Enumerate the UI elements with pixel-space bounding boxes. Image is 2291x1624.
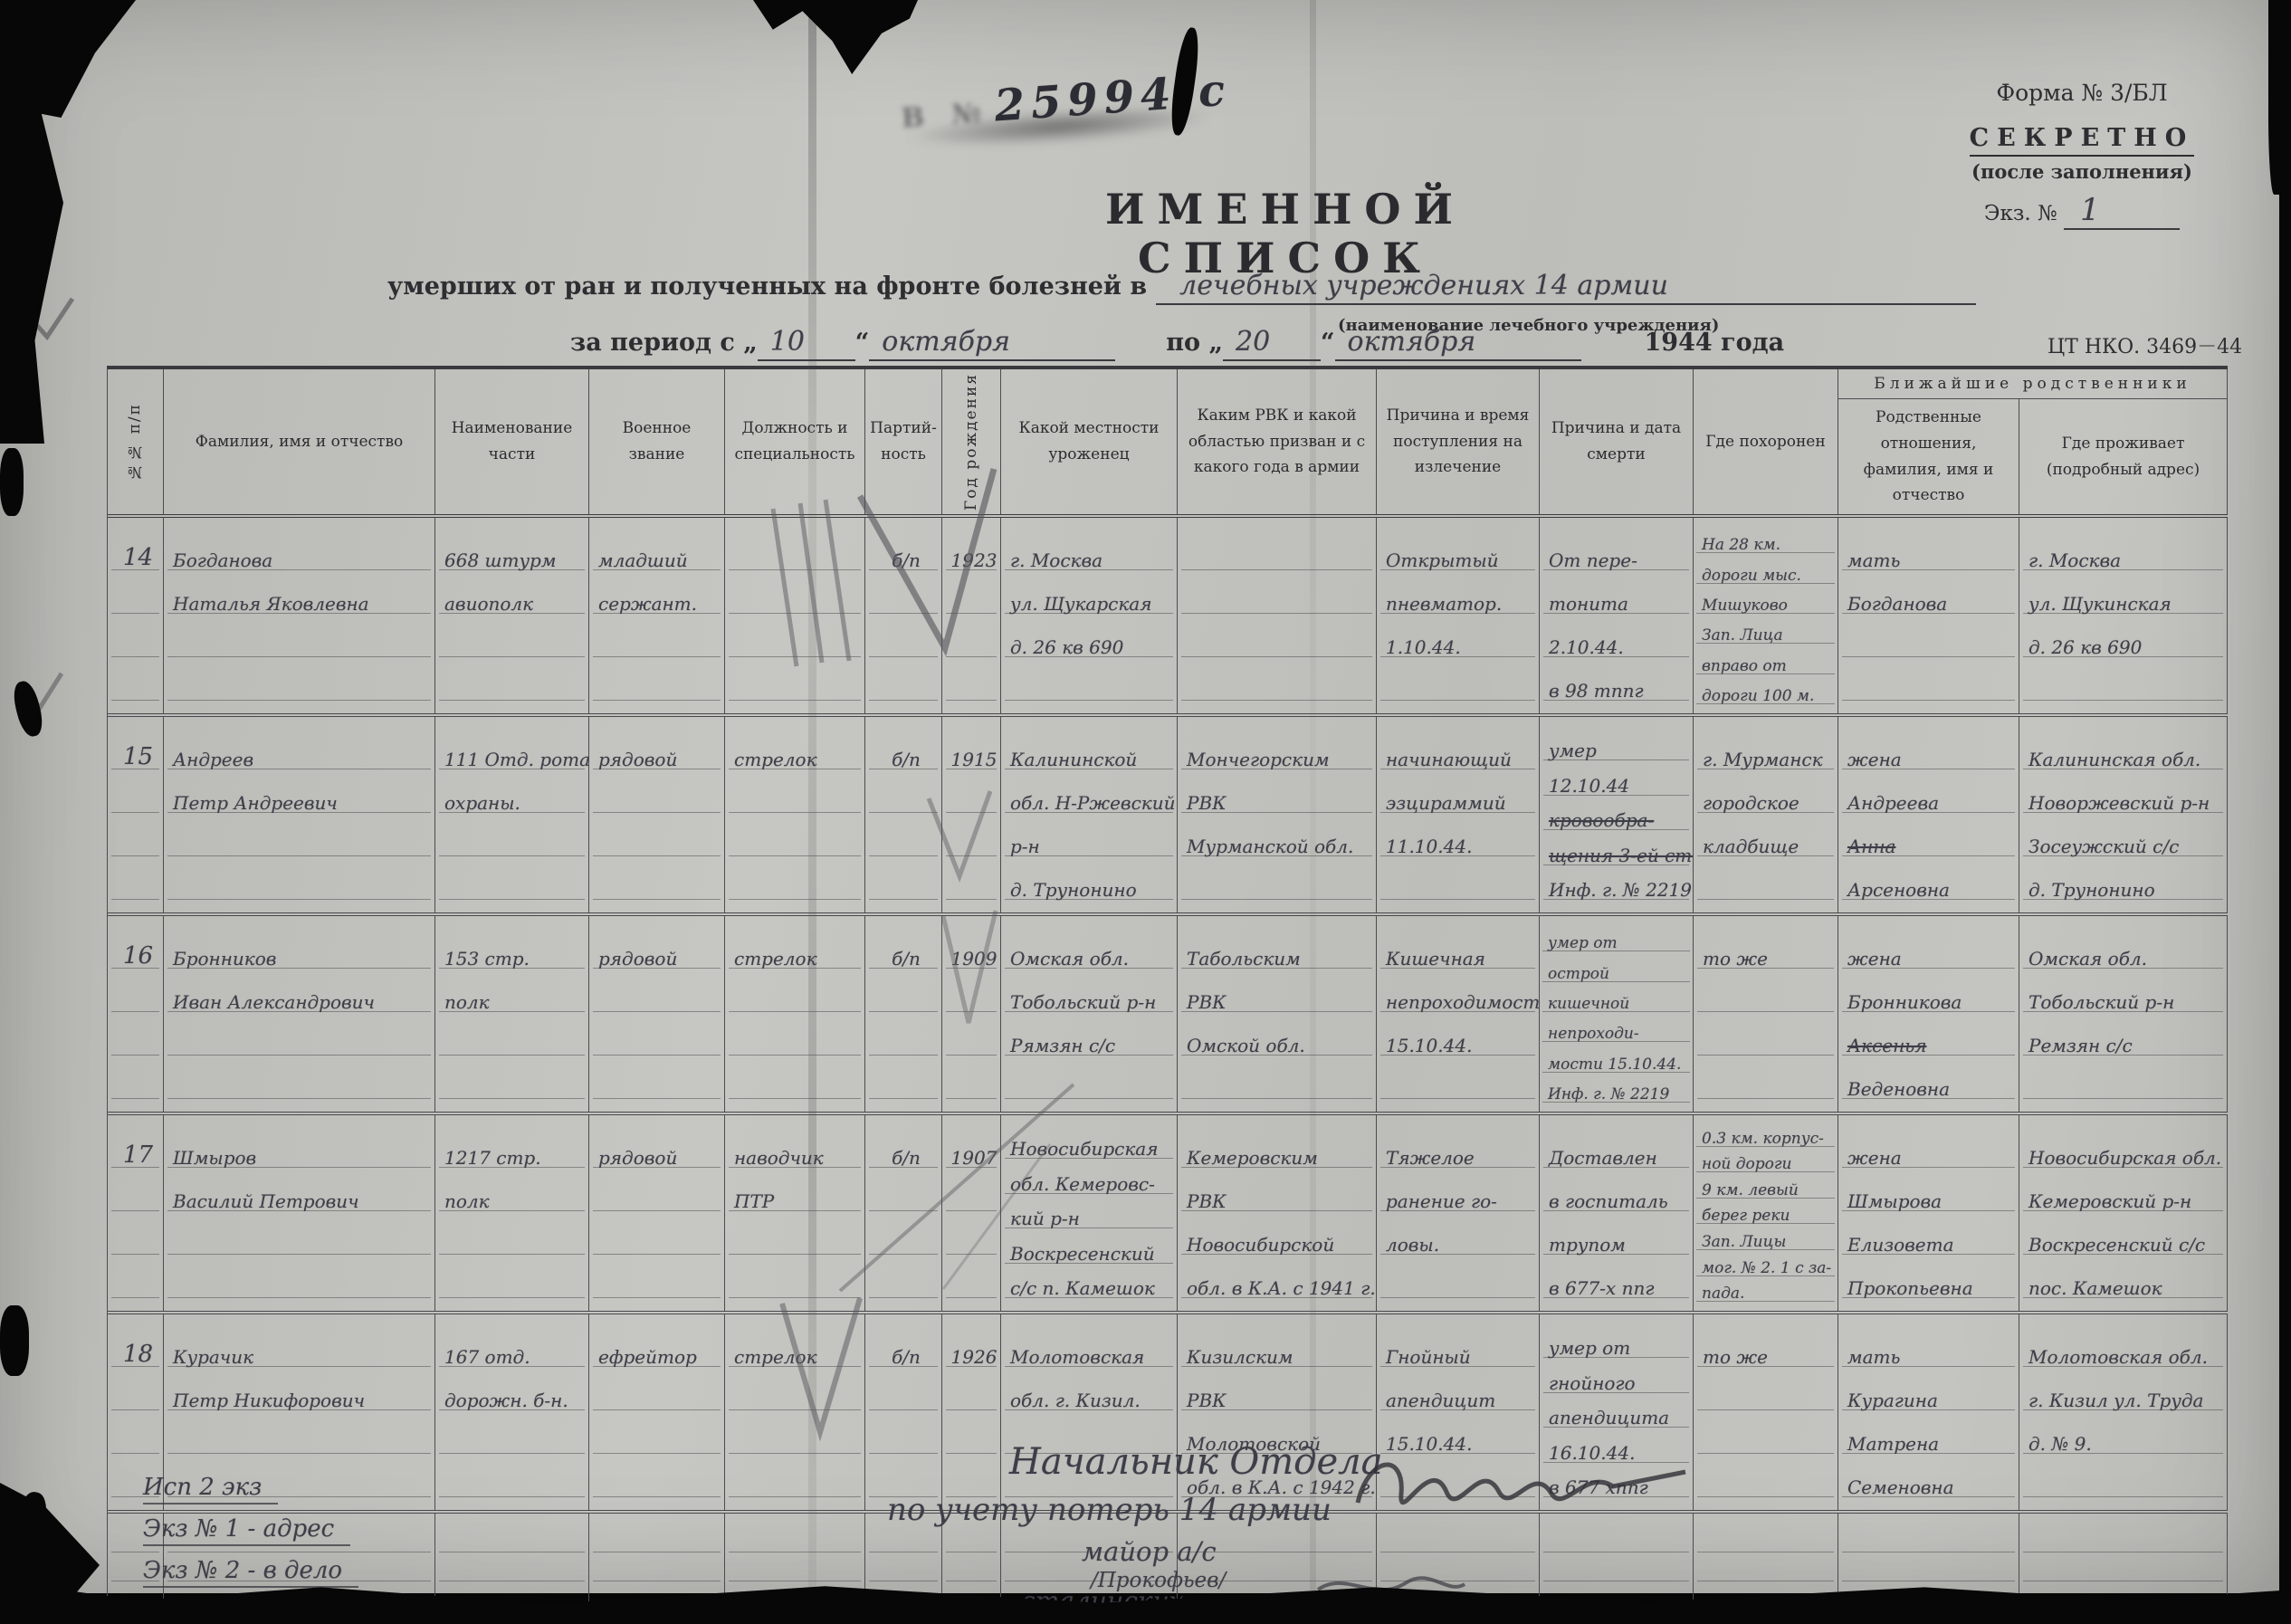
ruled-line: Табольским <box>1181 925 1372 969</box>
handwritten-entry: непроходимость <box>1380 991 1540 1013</box>
ruled-line: кладбище <box>1697 813 1834 856</box>
handwritten-entry: жена <box>1842 1147 1902 1169</box>
form-code: ЦТ НКО. 3469－44 <box>2048 331 2242 359</box>
ruled-line <box>167 1255 431 1298</box>
handwritten-entry: Омской обл. <box>1181 1035 1305 1056</box>
ruled-line: Петр Никифорович <box>167 1367 431 1410</box>
ruled-line <box>593 813 721 856</box>
ruled-line <box>593 969 721 1012</box>
handwritten-entry: сержант. <box>593 593 697 615</box>
handwritten-entry: 15.10.44. <box>1380 1035 1472 1056</box>
ruled-line <box>729 1552 861 1582</box>
ruled-line: Наталья Яковлевна <box>167 570 431 614</box>
ruled-line <box>167 1012 431 1056</box>
table-row: 15АндреевПетр Андреевич111 Отд. ротаохра… <box>108 717 2228 916</box>
subtitle-printed: умерших от ран и полученных на фронте бо… <box>387 272 1147 301</box>
ruled-line: кий р-н <box>1005 1194 1173 1228</box>
cell-buried: 0.3 км. корпус-ной дороги9 км. левыйбере… <box>1694 1115 1838 1311</box>
handwritten-entry: гнойного <box>1543 1372 1636 1394</box>
ruled-line: Шмырова <box>1842 1168 2015 1211</box>
column-header: Фамилия, имя и отчество <box>164 369 435 514</box>
ruled-line <box>439 657 585 701</box>
ruled-line <box>1697 969 1834 1012</box>
ruled-line: 1909 <box>946 925 997 969</box>
handwritten-entry: дороги 100 м. <box>1696 687 1814 705</box>
ruled-line <box>946 1056 997 1099</box>
handwritten-entry: авиополк <box>439 593 533 615</box>
ruled-line <box>869 1012 938 1056</box>
ruled-line: Инф. г. № 2219 <box>1543 865 1689 900</box>
handwritten-entry: Семеновна <box>1842 1476 1954 1498</box>
handwritten-entry: в 677 хппг <box>1543 1476 1648 1498</box>
ruled-line: жена <box>1842 1124 2015 1168</box>
handwritten-entry: г. Москва <box>1005 549 1103 571</box>
column-header: Должность и специальность <box>725 369 865 514</box>
handwritten-entry: Курагина <box>1842 1390 1938 1411</box>
ruled-line <box>869 769 938 813</box>
ruled-line: Шмыров <box>167 1124 431 1168</box>
handwritten-entry: стрелок <box>729 1346 817 1368</box>
scan-edge <box>2268 0 2283 195</box>
ruled-line <box>869 969 938 1012</box>
secret-note: (после заполнения) <box>1919 160 2245 183</box>
ruled-line <box>729 1523 861 1552</box>
ruled-line <box>167 1410 431 1454</box>
ruled-line <box>167 856 431 900</box>
ruled-line: непроходи- <box>1542 1012 1690 1042</box>
ruled-line: в 98 тппг <box>1543 657 1689 701</box>
handwritten-entry: Иван Александрович <box>167 991 375 1013</box>
ruled-line: 16 <box>111 925 159 969</box>
ruled-line: ул. Щукинская <box>2023 570 2223 614</box>
ruled-line: берег реки <box>1696 1199 1835 1225</box>
ruled-line: мог. № 2. 1 с за- <box>1696 1250 1835 1276</box>
ruled-line: Кемеровским <box>1181 1124 1372 1168</box>
handwritten-entry: Кемеровским <box>1181 1147 1318 1169</box>
cell-name: БогдановаНаталья Яковлевна <box>164 518 435 713</box>
handwritten-entry: д. № 9. <box>2023 1433 2092 1455</box>
handwritten-entry: Богданова <box>167 549 272 571</box>
ruled-line: р-н <box>1005 813 1173 856</box>
handwritten-entry: пада. <box>1696 1285 1744 1303</box>
handwritten-entry: кий р-н <box>1005 1208 1080 1229</box>
ruled-line: Доставлен <box>1543 1124 1689 1168</box>
handwritten-entry: Калининская обл. <box>2023 749 2200 770</box>
cell-admission: Кишечнаянепроходимость15.10.44. <box>1377 916 1540 1112</box>
ruled-line <box>439 1523 585 1552</box>
copy-label: Экз. № <box>1984 202 2057 225</box>
handwritten-entry: в госпиталь <box>1543 1190 1668 1212</box>
cell-buried: г. Мурманскгородскоекладбище <box>1694 717 1838 912</box>
handwritten-entry: 18 <box>118 1341 153 1368</box>
table-header-row: №№ п/пФамилия, имя и отчествоНаименовани… <box>108 369 2228 518</box>
ruled-line: кровообра- <box>1543 796 1689 830</box>
ruled-line: От пере- <box>1543 527 1689 570</box>
handwritten-entry: 16.10.44. <box>1543 1442 1635 1464</box>
ruled-line: Петр Андреевич <box>167 769 431 813</box>
ruled-line <box>946 769 997 813</box>
ruled-line <box>111 856 159 900</box>
copy-number-value: 1 <box>2064 192 2180 230</box>
cell-unit: 153 стр.полк <box>435 916 589 1112</box>
ruled-line <box>729 1056 861 1099</box>
ruled-line <box>111 570 159 614</box>
form-header-block: Форма № 3/БЛ СЕКРЕТНО (после заполнения)… <box>1919 80 2245 230</box>
column-header-label: Какой местности уроженец <box>1005 416 1173 468</box>
ruled-line: Аксенья <box>1842 1012 2015 1056</box>
ruled-line: Богданова <box>1842 570 2015 614</box>
ruled-line: Калининской <box>1005 726 1173 769</box>
ruled-line: кишечной <box>1542 982 1690 1012</box>
handwritten-entry: мог. № 2. 1 с за- <box>1696 1259 1831 1277</box>
ruled-line: Молотовская <box>1005 1323 1173 1367</box>
ruled-line: Молотовская обл. <box>2023 1323 2223 1367</box>
ruled-line <box>593 856 721 900</box>
column-header-label: Партий­ность <box>869 416 938 468</box>
ruled-line: Новосибирская обл. <box>2023 1124 2223 1168</box>
handwritten-entry: Мишуково <box>1696 597 1788 615</box>
ruled-line <box>111 1056 159 1099</box>
ruled-line <box>1697 1056 1834 1099</box>
ruled-line: охраны. <box>439 769 585 813</box>
ruled-line <box>111 1367 159 1410</box>
handwritten-entry: полк <box>439 991 490 1013</box>
handwritten-entry: Кишечная <box>1380 948 1485 970</box>
ruled-line: трупом <box>1543 1211 1689 1255</box>
handwritten-entry: Андреев <box>167 749 253 770</box>
form-number: Форма № 3/БЛ <box>1919 80 2245 106</box>
ruled-line: 1923 <box>946 527 997 570</box>
ruled-line: ранение го- <box>1380 1168 1535 1211</box>
handwritten-entry: Новосибирская обл. <box>2023 1147 2221 1169</box>
period-printed: по „ <box>1166 329 1223 357</box>
ruled-line: 15 <box>111 726 159 769</box>
ruled-line <box>111 614 159 657</box>
handwritten-entry: полк <box>439 1190 490 1212</box>
handwritten-entry: рядовой <box>593 1147 677 1169</box>
ruled-line <box>439 813 585 856</box>
ruled-line <box>167 614 431 657</box>
cell-residence: г. Москваул. Щукинскаяд. 26 кв 690 <box>2019 518 2228 713</box>
handwritten-entry: г. Мурманск <box>1697 749 1823 770</box>
ruled-line <box>1543 1523 1689 1552</box>
cell-rvk: ТабольскимРВКОмской обл. <box>1178 916 1377 1112</box>
ruled-line <box>869 657 938 701</box>
ruled-line: Тяжелое <box>1380 1124 1535 1168</box>
ruled-line: Богданова <box>167 527 431 570</box>
ruled-line <box>869 1410 938 1454</box>
ruled-line: обл. Кемеровс- <box>1005 1159 1173 1193</box>
ruled-line <box>946 1454 997 1497</box>
ruled-line: Тобольский р-н <box>2023 969 2223 1012</box>
period-from-month: октября <box>869 326 1115 361</box>
handwritten-entry: РВК <box>1181 792 1227 814</box>
handwritten-entry: Веденовна <box>1842 1078 1950 1100</box>
ruled-line: 15.10.44. <box>1380 1410 1535 1454</box>
handwritten-entry: Зап. Лицы <box>1696 1233 1786 1251</box>
handwritten-entry: г. Москва <box>2023 549 2121 571</box>
cell-admission: Гнойныйапендицит15.10.44. <box>1377 1314 1540 1510</box>
ruled-line: Открытый <box>1380 527 1535 570</box>
ruled-line: Мишуково <box>1696 584 1835 614</box>
ruled-line: пневматор. <box>1380 570 1535 614</box>
handwritten-entry: умер от <box>1543 1337 1630 1359</box>
ruled-line: жена <box>1842 726 2015 769</box>
ruled-line <box>167 1211 431 1255</box>
ruled-line <box>946 1367 997 1410</box>
ruled-line: умер от <box>1543 1323 1689 1358</box>
cell-party: б/п <box>865 717 942 912</box>
ruled-line: Мончегорским <box>1181 726 1372 769</box>
ruled-line <box>1697 1552 1834 1582</box>
ruled-line <box>729 969 861 1012</box>
ruled-line: РВК <box>1181 769 1372 813</box>
ruled-line: дороги мыс. <box>1696 553 1835 583</box>
handwritten-entry: Анна <box>1842 836 1895 857</box>
handwritten-entry: пос. Камешок <box>2023 1277 2162 1299</box>
ruled-line <box>1181 1056 1372 1099</box>
ruled-line: вправо от <box>1696 644 1835 673</box>
ruled-line: 1926 <box>946 1323 997 1367</box>
column-header-label: №№ п/п <box>122 403 148 481</box>
handwritten-entry: 15 <box>118 743 153 770</box>
cell-rvk: КемеровскимРВКНовосибирскойобл. в К.А. с… <box>1178 1115 1377 1311</box>
handwritten-entry: то же <box>1697 948 1768 970</box>
cell-death: умер отостройкишечнойнепроходи-мости 15.… <box>1540 916 1694 1112</box>
column-header-label: Наименование части <box>439 416 585 468</box>
relatives-subheaders: Родственные отноше­ния, фамилия, имя и о… <box>1838 399 2228 514</box>
ruled-line: ловы. <box>1380 1211 1535 1255</box>
ruled-line <box>729 570 861 614</box>
ruled-line: 1907 <box>946 1124 997 1168</box>
ruled-line <box>1005 1056 1173 1099</box>
ruled-line: Зап. Лица <box>1696 614 1835 644</box>
column-header-label: Год рождения <box>959 373 985 511</box>
ruled-line: 668 штурм <box>439 527 585 570</box>
handwritten-entry: РВК <box>1181 1390 1227 1411</box>
ruled-line: мать <box>1842 1323 2015 1367</box>
ruled-line: 2.10.44. <box>1543 614 1689 657</box>
ruled-line: Новоржевский р-н <box>2023 769 2223 813</box>
handwritten-entry: 9 км. левый <box>1696 1181 1799 1199</box>
ruled-line: пада. <box>1696 1276 1835 1303</box>
ruled-line <box>729 1211 861 1255</box>
ruled-line <box>729 614 861 657</box>
handwritten-entry: кишечной <box>1542 995 1629 1013</box>
handwritten-entry: Доставлен <box>1543 1147 1657 1169</box>
handwritten-entry: Ремзян с/с <box>2023 1035 2133 1056</box>
handwritten-entry: 15.10.44. <box>1380 1433 1472 1455</box>
ruled-line <box>167 1056 431 1099</box>
handwritten-entry: б/п <box>886 549 921 571</box>
ruled-line <box>1005 657 1173 701</box>
handwritten-entry: эзцираммий <box>1380 792 1506 814</box>
ruled-line: тонита <box>1543 570 1689 614</box>
cell-num: 17 <box>108 1115 164 1311</box>
cell-rvk: МончегорскимРВКМурманской обл. <box>1178 717 1377 912</box>
quote-mark: “ <box>1321 329 1335 357</box>
ruled-line: Инф. г. № 2219 <box>1542 1073 1690 1103</box>
ruled-line <box>593 1552 721 1582</box>
handwritten-entry: умер <box>1543 740 1597 761</box>
handwritten-entry: 1909 <box>946 948 998 970</box>
ruled-line: Кизилским <box>1181 1323 1372 1367</box>
ruled-line <box>2023 657 2223 701</box>
cell-residence: Омская обл.Тобольский р-нРемзян с/с <box>2019 916 2228 1112</box>
cell-death: умер отгнойногоапендицита16.10.44.в 677 … <box>1540 1314 1694 1510</box>
ruled-line: эзцираммий <box>1380 769 1535 813</box>
ruled-line <box>869 570 938 614</box>
handwritten-entry: обл. Н-Ржевский <box>1005 792 1175 814</box>
ruled-line <box>946 1168 997 1211</box>
cell-origin: Новосибирскаяобл. Кемеровс-кий р-нВоскре… <box>1001 1115 1178 1311</box>
table-row: 18КурачикПетр Никифорович167 отд.дорожн.… <box>108 1314 2228 1514</box>
ruled-line: Омской обл. <box>1181 1012 1372 1056</box>
cell-name: АндреевПетр Андреевич <box>164 717 435 912</box>
ruled-line: умер <box>1543 726 1689 760</box>
handwritten-entry: обл. г. Кизил. <box>1005 1390 1141 1411</box>
handwritten-entry: 14 <box>118 544 153 571</box>
column-header: Военное звание <box>589 369 725 514</box>
ruled-line <box>946 570 997 614</box>
ruled-line <box>946 657 997 701</box>
ruled-line: 14 <box>111 527 159 570</box>
ruled-line: Мурманской обл. <box>1181 813 1372 856</box>
handwritten-entry: б/п <box>886 749 921 770</box>
handwritten-entry: дороги мыс. <box>1696 567 1801 585</box>
handwritten-entry: На 28 км. <box>1696 536 1780 554</box>
ruled-line <box>111 969 159 1012</box>
ruled-line: рядовой <box>593 925 721 969</box>
cell-residence: Молотовская обл.г. Кизил ул. Трудад. № 9… <box>2019 1314 2228 1510</box>
ruled-line <box>946 813 997 856</box>
ruled-line: в 677-х ппг <box>1543 1255 1689 1298</box>
handwritten-entry: охраны. <box>439 792 520 814</box>
cell-name: ШмыровВасилий Петрович <box>164 1115 435 1311</box>
handwritten-entry: Аксенья <box>1842 1035 1926 1056</box>
ruled-line <box>869 1056 938 1099</box>
cell-rank: рядовой <box>589 916 725 1112</box>
ruled-line <box>729 1012 861 1056</box>
cell-relative: матьКурагинаМатренаСеменовна <box>1838 1314 2019 1510</box>
handwritten-entry: рядовой <box>593 749 677 770</box>
ruled-line: Андреев <box>167 726 431 769</box>
ruled-line: Омская обл. <box>1005 925 1173 969</box>
handwritten-entry: 1.10.44. <box>1380 636 1461 658</box>
ruled-line: д. № 9. <box>2023 1410 2223 1454</box>
handwritten-entry: рядовой <box>593 948 677 970</box>
column-header-label: Каким РВК и какой областью призван и с к… <box>1181 403 1372 482</box>
ruled-line <box>729 1367 861 1410</box>
copies-note-line: Экз № 2 - в дело <box>143 1557 358 1588</box>
ruled-line: апендицит <box>1380 1367 1535 1410</box>
period-to-month: октября <box>1335 326 1581 361</box>
ruled-line <box>1697 1523 1834 1552</box>
ruled-line: Арсеновна <box>1842 856 2015 900</box>
cell-admission: начинающийэзцираммий11.10.44. <box>1377 717 1540 912</box>
ruled-line <box>111 1168 159 1211</box>
handwritten-entry: начинающий <box>1380 749 1512 770</box>
handwritten-entry: РВК <box>1181 991 1227 1013</box>
ruled-line: 0.3 км. корпус- <box>1696 1121 1835 1147</box>
ruled-line <box>946 1255 997 1298</box>
handwritten-entry: г. Кизил ул. Труда <box>2023 1390 2203 1411</box>
ruled-line <box>593 1211 721 1255</box>
ruled-line: сержант. <box>593 570 721 614</box>
ruled-line <box>593 1056 721 1099</box>
handwritten-entry: ловы. <box>1380 1234 1439 1256</box>
column-header: Где похоронен <box>1694 369 1838 514</box>
handwritten-entry: Мончегорским <box>1181 749 1330 770</box>
ruled-line <box>439 1454 585 1497</box>
copy-number-line: Экз. № 1 <box>1919 192 2245 230</box>
ruled-line <box>111 813 159 856</box>
handwritten-entry: От пере- <box>1543 549 1637 571</box>
ruled-line: 167 отд. <box>439 1323 585 1367</box>
handwritten-entry: дорожн. б-н. <box>439 1390 568 1411</box>
cell-death: умер12.10.44кровообра-щения 3-ей ст.Инф.… <box>1540 717 1694 912</box>
ruled-line: Рямзян с/с <box>1005 1012 1173 1056</box>
ruled-line: обл. г. Кизил. <box>1005 1367 1173 1410</box>
cell-admission: Тяжелоеранение го-ловы. <box>1377 1115 1540 1311</box>
cell-origin: Омская обл.Тобольский р-нРямзян с/с <box>1001 916 1178 1112</box>
ruled-line <box>111 1012 159 1056</box>
ruled-line: Матрена <box>1842 1410 2015 1454</box>
ruled-line <box>439 1552 585 1582</box>
handwritten-entry: умер от <box>1542 934 1618 952</box>
ruled-line: РВК <box>1181 969 1372 1012</box>
scanned-document-page: Форма № 3/БЛ СЕКРЕТНО (после заполнения)… <box>0 0 2291 1624</box>
cell-buried: На 28 км.дороги мыс.МишуковоЗап. Лицавпр… <box>1694 518 1838 713</box>
ruled-line <box>1380 856 1535 900</box>
ruled-line: Гнойный <box>1380 1323 1535 1367</box>
ruled-line: Бронникова <box>1842 969 2015 1012</box>
ruled-line <box>439 856 585 900</box>
ruled-line <box>593 1168 721 1211</box>
ruled-line <box>1697 1410 1834 1454</box>
cell-num: 14 <box>108 518 164 713</box>
handwritten-entry: Курачик <box>167 1346 253 1368</box>
handwritten-entry: Воскресенский с/с <box>2023 1234 2205 1256</box>
ruled-line <box>593 657 721 701</box>
period-from-day: 10 <box>758 326 855 361</box>
scan-edge <box>2279 0 2291 1624</box>
ruled-line <box>593 1454 721 1497</box>
handwritten-entry: кладбище <box>1697 836 1799 857</box>
ruled-line <box>1181 570 1372 614</box>
ruled-line <box>167 657 431 701</box>
column-header: Причина и время поступления на излечение <box>1377 369 1540 514</box>
ruled-line <box>2023 1056 2223 1099</box>
ruled-line: ефрейтор <box>593 1323 721 1367</box>
ruled-line <box>1697 1367 1834 1410</box>
ruled-line: б/п <box>869 1323 938 1367</box>
ruled-line: полк <box>439 1168 585 1211</box>
ruled-line: г. Москва <box>1005 527 1173 570</box>
handwritten-entry: 0.3 км. корпус- <box>1696 1130 1824 1148</box>
ruled-line: Новосибирской <box>1181 1211 1372 1255</box>
ruled-line <box>729 527 861 570</box>
handwritten-entry: стрелок <box>729 948 817 970</box>
cell-born: 1923 <box>942 518 1001 713</box>
ruled-line: Кемеровский р-н <box>2023 1168 2223 1211</box>
handwritten-entry: 2.10.44. <box>1543 636 1624 658</box>
ruled-line <box>946 856 997 900</box>
handwritten-entry: тонита <box>1543 593 1628 615</box>
copies-note-line: Экз № 1 - адрес <box>143 1515 350 1546</box>
ruled-line <box>946 969 997 1012</box>
signoff-rank: майор а/с <box>1082 1536 1217 1567</box>
